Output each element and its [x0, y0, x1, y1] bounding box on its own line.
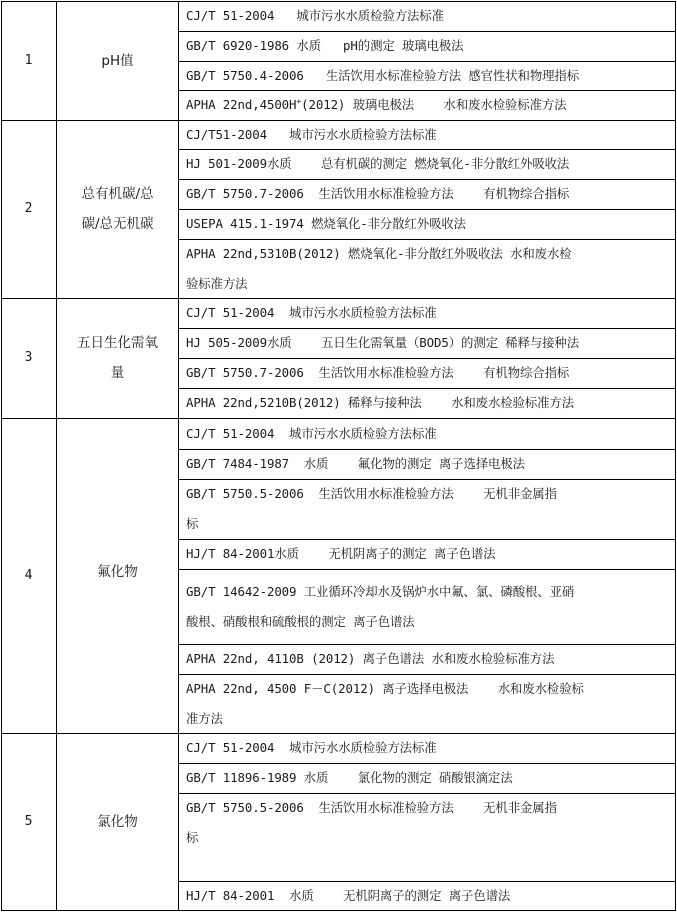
method-line: GB/T 7484-1987 水质 氟化物的测定 离子选择电极法 [186, 449, 670, 479]
method-line: APHA 22nd,5210B(2012) 稀释与接种法 水和废水检验标准方法 [186, 388, 670, 418]
method-standard: CJ/T 51-2004 城市污水水质检验方法标准 [186, 1, 670, 31]
method-line: APHA 22nd, 4500 F－C(2012) 离子选择电极法 水和废水检验… [186, 674, 670, 704]
method-line: APHA 22nd,5310B(2012) 燃烧氧化-非分散红外吸收法 水和废水… [186, 239, 670, 269]
method-standard: GB/T 5750.5-2006 生活饮用水标准检验方法 无机非金属指标 [186, 479, 670, 539]
row-number: 1 [1, 1, 56, 120]
test-item: 总有机碳/总碳/总无机碳 [57, 120, 178, 298]
row-number: 3 [1, 298, 56, 418]
method-standard: CJ/T51-2004 城市污水水质检验方法标准 [186, 120, 670, 149]
method-standard: USEPA 415.1-1974 燃烧氧化-非分散红外吸收法 [186, 209, 670, 239]
method-line: 标 [186, 509, 670, 539]
method-line: APHA 22nd, 4110B (2012) 离子色谱法 水和废水检验标准方法 [186, 644, 670, 674]
row-number: 4 [1, 418, 56, 733]
method-line: GB/T 5750.5-2006 生活饮用水标准检验方法 无机非金属指 [186, 479, 670, 509]
method-line: HJ 505-2009水质 五日生化需氧量（BOD5）的测定 稀释与接种法 [186, 328, 670, 358]
method-line: CJ/T 51-2004 城市污水水质检验方法标准 [186, 419, 670, 449]
method-line: HJ 501-2009水质 总有机碳的测定 燃烧氧化-非分散红外吸收法 [186, 149, 670, 179]
test-item: 氯化物 [57, 733, 178, 910]
method-line: 酸根、硝酸根和硫酸根的测定 离子色谱法 [186, 607, 670, 637]
method-standard: APHA 22nd,5310B(2012) 燃烧氧化-非分散红外吸收法 水和废水… [186, 239, 670, 298]
test-item: 氟化物 [57, 418, 178, 733]
column-border [675, 1, 676, 911]
method-line: GB/T 5750.4-2006 生活饮用水标准检验方法 感官性状和物理指标 [186, 61, 670, 91]
method-standard: CJ/T 51-2004 城市污水水质检验方法标准 [186, 418, 670, 449]
row-number: 2 [1, 120, 56, 298]
method-line: GB/T 11896-1989 水质 氯化物的测定 硝酸银滴定法 [186, 763, 670, 793]
method-standard: CJ/T 51-2004 城市污水水质检验方法标准 [186, 733, 670, 763]
test-item: pH值 [57, 1, 178, 120]
row-number: 5 [1, 733, 56, 910]
method-line: USEPA 415.1-1974 燃烧氧化-非分散红外吸收法 [186, 209, 670, 239]
method-line: GB/T 5750.7-2006 生活饮用水标准检验方法 有机物综合指标 [186, 179, 670, 209]
method-standard: APHA 22nd,4500H+(2012) 玻璃电极法 水和废水检验标准方法 [186, 90, 670, 120]
method-line: 准方法 [186, 704, 670, 734]
method-line: GB/T 5750.5-2006 生活饮用水标准检验方法 无机非金属指 [186, 793, 670, 823]
test-item: 五日生化需氧量 [57, 298, 178, 418]
method-line: CJ/T 51-2004 城市污水水质检验方法标准 [186, 733, 670, 763]
method-line: CJ/T51-2004 城市污水水质检验方法标准 [186, 120, 670, 150]
method-standard: GB/T 5750.5-2006 生活饮用水标准检验方法 无机非金属指标 [186, 793, 670, 881]
method-standard: APHA 22nd, 4500 F－C(2012) 离子选择电极法 水和废水检验… [186, 674, 670, 733]
method-line: HJ/T 84-2001水质 无机阴离子的测定 离子色谱法 [186, 539, 670, 569]
method-line: HJ/T 84-2001 水质 无机阴离子的测定 离子色谱法 [186, 881, 670, 911]
test-item-line: 五日生化需氧 [77, 328, 158, 358]
method-line: GB/T 14642-2009 工业循环冷却水及锅炉水中氟、氯、磷酸根、亚硝 [186, 577, 670, 607]
method-standard: GB/T 5750.7-2006 生活饮用水标准检验方法 有机物综合指标 [186, 358, 670, 388]
method-standard: CJ/T 51-2004 城市污水水质检验方法标准 [186, 298, 670, 328]
method-line: 标 [186, 823, 670, 853]
method-standard: GB/T 14642-2009 工业循环冷却水及锅炉水中氟、氯、磷酸根、亚硝酸根… [186, 569, 670, 652]
column-border [178, 1, 179, 911]
method-standard: APHA 22nd, 4110B (2012) 离子色谱法 水和废水检验标准方法 [186, 644, 670, 674]
method-standard: HJ 505-2009水质 五日生化需氧量（BOD5）的测定 稀释与接种法 [186, 328, 670, 358]
method-standard: GB/T 6920-1986 水质 pH的测定 玻璃电极法 [186, 31, 670, 61]
method-standard: GB/T 5750.4-2006 生活饮用水标准检验方法 感官性状和物理指标 [186, 61, 670, 90]
method-standard: HJ/T 84-2001水质 无机阴离子的测定 离子色谱法 [186, 539, 670, 569]
method-standard: HJ/T 84-2001 水质 无机阴离子的测定 离子色谱法 [186, 881, 670, 910]
method-standard: GB/T 5750.7-2006 生活饮用水标准检验方法 有机物综合指标 [186, 179, 670, 209]
test-item-line: 总有机碳/总 [81, 179, 153, 209]
method-line: APHA 22nd,4500H+(2012) 玻璃电极法 水和废水检验标准方法 [186, 90, 670, 120]
method-standard: GB/T 7484-1987 水质 氟化物的测定 离子选择电极法 [186, 449, 670, 479]
method-standard: GB/T 11896-1989 水质 氯化物的测定 硝酸银滴定法 [186, 763, 670, 793]
method-line: 验标准方法 [186, 269, 670, 299]
method-line: CJ/T 51-2004 城市污水水质检验方法标准 [186, 1, 670, 31]
method-line: CJ/T 51-2004 城市污水水质检验方法标准 [186, 298, 670, 328]
method-standard: HJ 501-2009水质 总有机碳的测定 燃烧氧化-非分散红外吸收法 [186, 149, 670, 179]
method-line: GB/T 6920-1986 水质 pH的测定 玻璃电极法 [186, 31, 670, 61]
method-standard: APHA 22nd,5210B(2012) 稀释与接种法 水和废水检验标准方法 [186, 388, 670, 418]
test-item-line: 量 [111, 358, 125, 388]
method-line: GB/T 5750.7-2006 生活饮用水标准检验方法 有机物综合指标 [186, 358, 670, 388]
test-item-line: 碳/总无机碳 [81, 209, 153, 239]
